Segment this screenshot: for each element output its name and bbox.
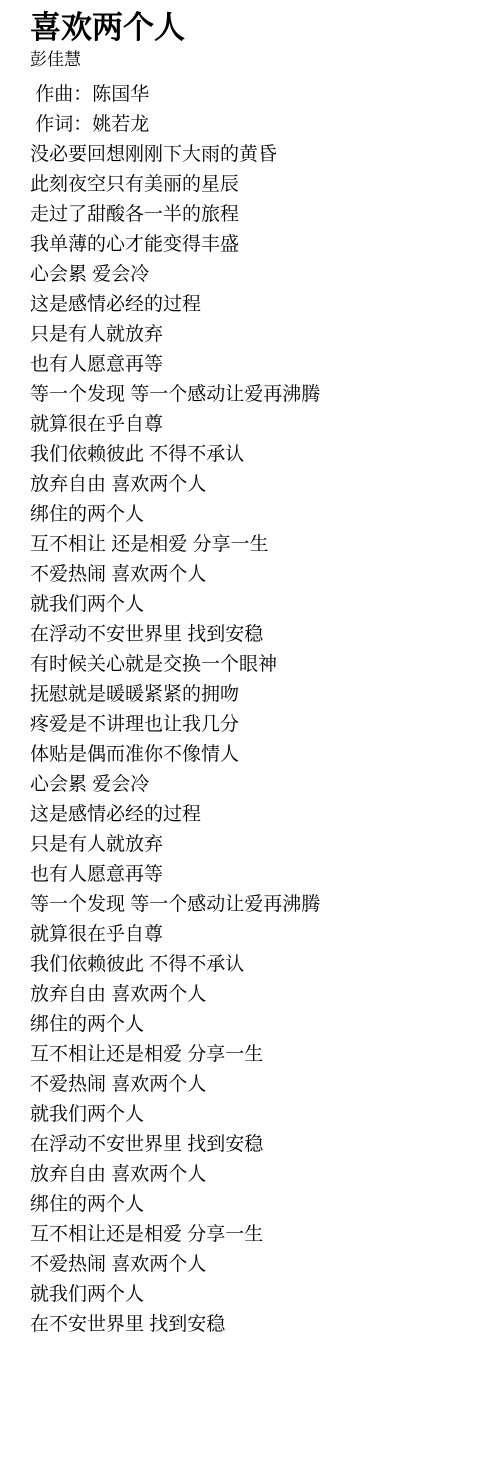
credit-line: 作词：姚若龙 <box>30 110 482 140</box>
lyrics-block: 没必要回想刚刚下大雨的黄昏此刻夜空只有美丽的星辰走过了甜酸各一半的旅程我单薄的心… <box>30 140 482 1340</box>
lyric-line: 这是感情必经的过程 <box>30 800 482 830</box>
lyric-line: 放弃自由 喜欢两个人 <box>30 1160 482 1190</box>
artist-name: 彭佳慧 <box>30 48 482 72</box>
lyric-line: 就我们两个人 <box>30 590 482 620</box>
lyric-line: 我们依赖彼此 不得不承认 <box>30 440 482 470</box>
lyric-line: 也有人愿意再等 <box>30 860 482 890</box>
lyric-line: 我们依赖彼此 不得不承认 <box>30 950 482 980</box>
lyric-line: 我单薄的心才能变得丰盛 <box>30 230 482 260</box>
lyric-line: 互不相让还是相爱 分享一生 <box>30 1040 482 1070</box>
lyric-line: 有时候关心就是交换一个眼神 <box>30 650 482 680</box>
lyric-line: 这是感情必经的过程 <box>30 290 482 320</box>
lyric-line: 体贴是偶而准你不像情人 <box>30 740 482 770</box>
lyric-line: 在浮动不安世界里 找到安稳 <box>30 620 482 650</box>
lyric-line: 在浮动不安世界里 找到安稳 <box>30 1130 482 1160</box>
lyric-line: 走过了甜酸各一半的旅程 <box>30 200 482 230</box>
lyric-line: 互不相让还是相爱 分享一生 <box>30 1220 482 1250</box>
credits-block: 作曲：陈国华 作词：姚若龙 <box>30 80 482 140</box>
lyric-line: 等一个发现 等一个感动让爱再沸腾 <box>30 380 482 410</box>
lyric-line: 心会累 爱会冷 <box>30 770 482 800</box>
lyric-line: 等一个发现 等一个感动让爱再沸腾 <box>30 890 482 920</box>
lyrics-page: 喜欢两个人 彭佳慧 作曲：陈国华 作词：姚若龙 没必要回想刚刚下大雨的黄昏此刻夜… <box>0 0 500 1340</box>
lyric-line: 就我们两个人 <box>30 1280 482 1310</box>
lyric-line: 心会累 爱会冷 <box>30 260 482 290</box>
lyric-line: 绑住的两个人 <box>30 1190 482 1220</box>
lyric-line: 疼爱是不讲理也让我几分 <box>30 710 482 740</box>
lyric-line: 不爱热闹 喜欢两个人 <box>30 1070 482 1100</box>
lyric-line: 没必要回想刚刚下大雨的黄昏 <box>30 140 482 170</box>
lyric-line: 放弃自由 喜欢两个人 <box>30 470 482 500</box>
song-title: 喜欢两个人 <box>30 8 482 48</box>
lyric-line: 就算很在乎自尊 <box>30 410 482 440</box>
lyric-line: 此刻夜空只有美丽的星辰 <box>30 170 482 200</box>
lyric-line: 就我们两个人 <box>30 1100 482 1130</box>
lyric-line: 绑住的两个人 <box>30 1010 482 1040</box>
lyric-line: 就算很在乎自尊 <box>30 920 482 950</box>
lyric-line: 不爱热闹 喜欢两个人 <box>30 560 482 590</box>
lyric-line: 抚慰就是暖暖紧紧的拥吻 <box>30 680 482 710</box>
lyric-line: 不爱热闹 喜欢两个人 <box>30 1250 482 1280</box>
lyric-line: 只是有人就放弃 <box>30 830 482 860</box>
lyric-line: 放弃自由 喜欢两个人 <box>30 980 482 1010</box>
lyric-line: 也有人愿意再等 <box>30 350 482 380</box>
lyric-line: 绑住的两个人 <box>30 500 482 530</box>
credit-line: 作曲：陈国华 <box>30 80 482 110</box>
lyric-line: 互不相让 还是相爱 分享一生 <box>30 530 482 560</box>
lyric-line: 在不安世界里 找到安稳 <box>30 1310 482 1340</box>
lyric-line: 只是有人就放弃 <box>30 320 482 350</box>
